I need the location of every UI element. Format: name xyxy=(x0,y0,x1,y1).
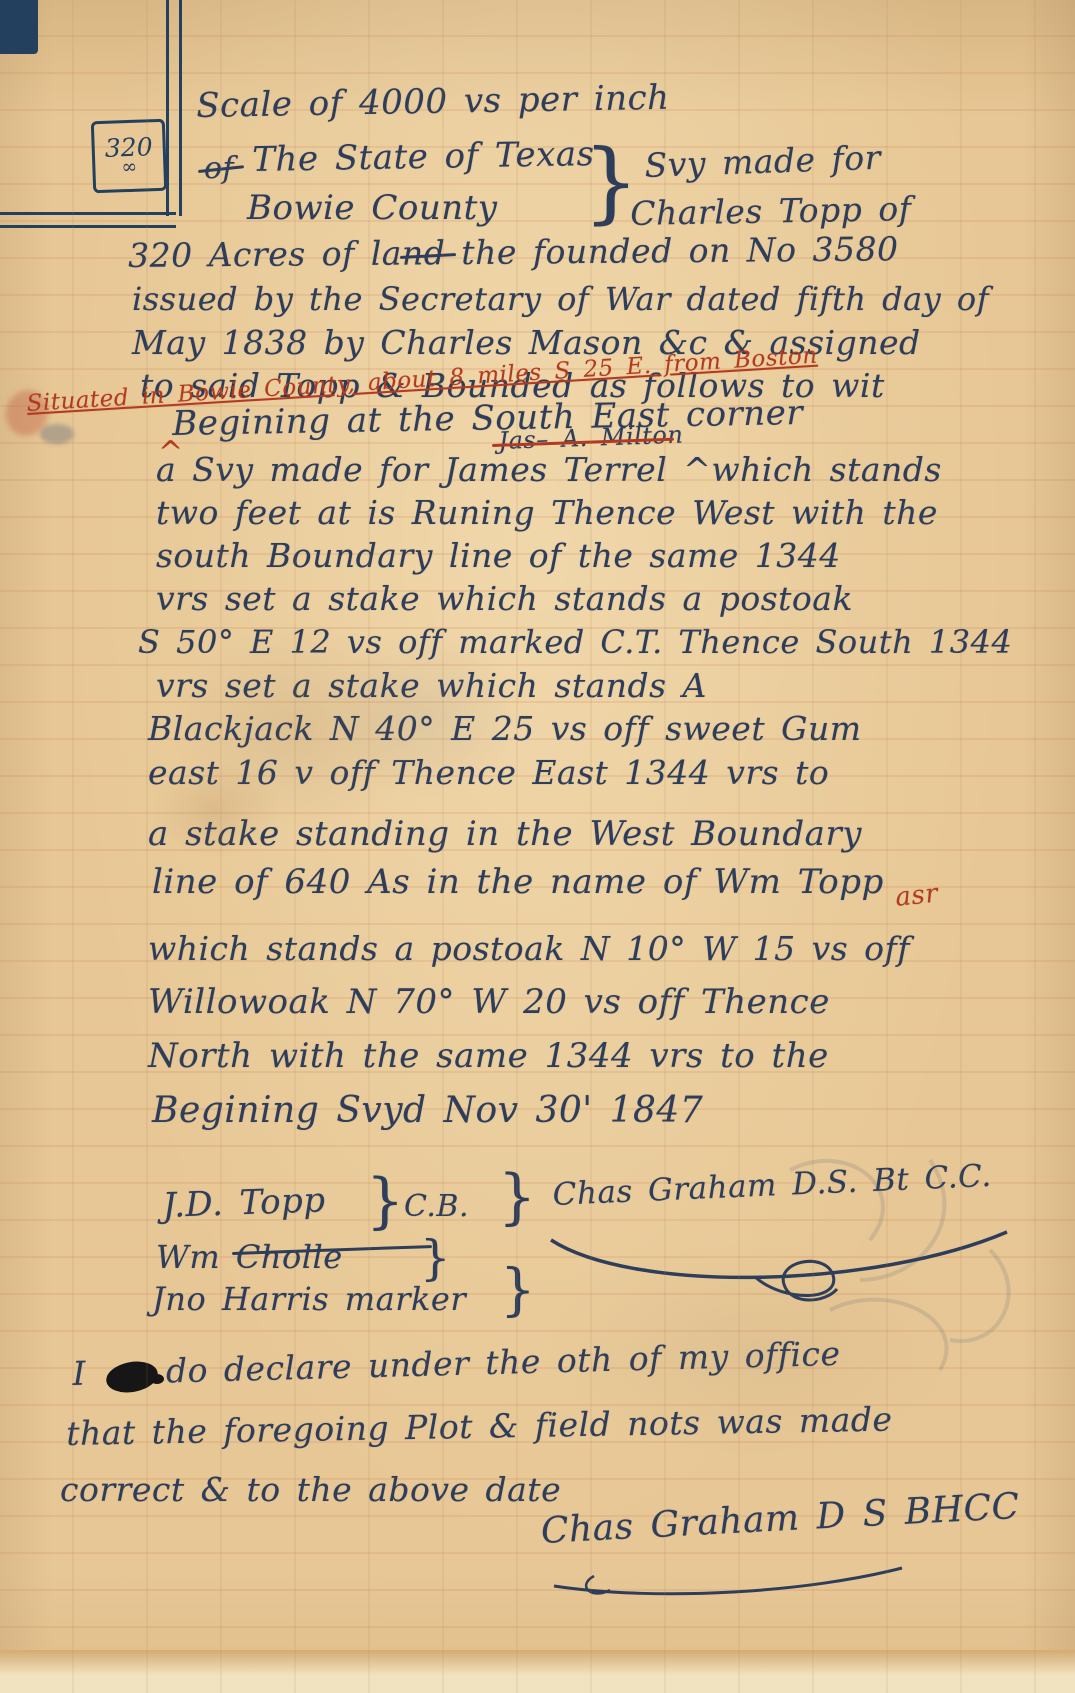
ink-blot xyxy=(150,1374,164,1384)
body-line-2: issued by the Secretary of War dated fif… xyxy=(132,282,989,317)
body-line-13: east 16 v off Thence East 1344 vrs to xyxy=(148,755,829,791)
body-line-10: S 50° E 12 vs off marked C.T. Thence Sou… xyxy=(138,625,1012,660)
plat-frame-horizontal xyxy=(0,212,176,228)
declaration-line-3: correct & to the above date xyxy=(60,1472,561,1508)
grantee-line: Charles Topp of xyxy=(630,191,912,232)
red-asr-note: asr xyxy=(894,880,940,913)
body-line-17: Willowoak N 70° W 20 vs off Thence xyxy=(148,984,830,1021)
corner-ink-block xyxy=(0,0,38,54)
body-line-9: vrs set a stake which stands a postoak xyxy=(156,581,853,617)
body-line-18: North with the same 1344 vrs to the xyxy=(148,1038,829,1075)
body-line-5: Begining at the South East corner xyxy=(172,395,803,443)
body-line-19: Begining Svyd Nov 30' 1847 xyxy=(152,1091,703,1131)
declaration-signature: Chas Graham D S BHCC xyxy=(540,1487,1021,1552)
scale-line: Scale of 4000 vs per inch xyxy=(196,80,670,126)
body-line-6: a Svy made for James Terrel ^which stand… xyxy=(156,452,942,488)
body-line-16: which stands a postoak N 10° W 15 vs off xyxy=(148,931,910,967)
svy-made-for-line: Svy made for xyxy=(644,140,881,185)
declaration-flourish xyxy=(550,1562,910,1602)
declaration-line-2: that the foregoing Plot & field nots was… xyxy=(66,1402,893,1453)
declaration-line-1: I do declare under the oth of my office xyxy=(72,1336,841,1392)
signature-brace-right: } xyxy=(498,1164,537,1230)
body-line-15: line of 640 As in the name of Wm Topp xyxy=(152,864,884,901)
signature-brace-left: } xyxy=(366,1168,405,1234)
signature-chainman: J.D. Topp xyxy=(162,1182,326,1225)
witness-1: Wm Cholle xyxy=(156,1240,343,1275)
document-page: 320 ∞ Scale of 4000 vs per inch of The S… xyxy=(0,0,1075,1693)
signature-cb: C.B. xyxy=(404,1190,469,1223)
ink-smudge xyxy=(40,424,74,444)
body-line-14: a stake standing in the West Boundary xyxy=(148,816,862,853)
county-line: Bowie County xyxy=(247,190,498,227)
paper-bottom-edge xyxy=(0,1650,1075,1693)
witness-2: Jno Harris marker xyxy=(152,1282,466,1317)
ghost-writing xyxy=(770,1130,1060,1400)
body-line-11: vrs set a stake which stands A xyxy=(156,668,707,704)
plat-frame-vertical xyxy=(166,0,182,216)
body-line-12: Blackjack N 40° E 25 vs off sweet Gum xyxy=(148,711,862,747)
state-line: The State of Texas xyxy=(252,136,595,179)
acreage-marker-box: 320 ∞ xyxy=(91,119,167,194)
witness-1-brace: } xyxy=(420,1232,451,1285)
witness-2-brace: } xyxy=(500,1260,536,1322)
body-line-7: two feet at is Runing Thence West with t… xyxy=(156,495,938,531)
body-line-1: 320 Acres of land the founded on No 3580 xyxy=(128,231,899,274)
acreage-squiggle: ∞ xyxy=(121,158,137,178)
body-line-8: south Boundary line of the same 1344 xyxy=(156,538,841,574)
